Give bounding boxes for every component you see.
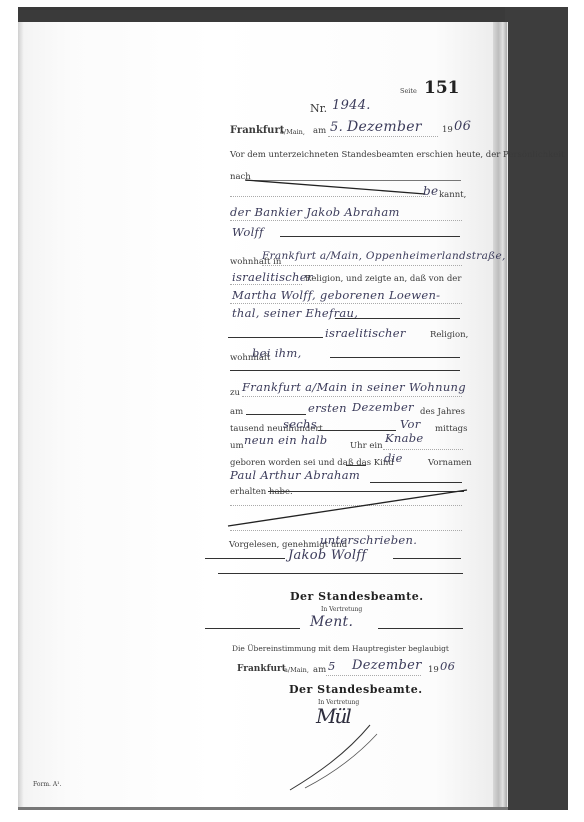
record-prefix: Nr.: [310, 102, 327, 115]
date-month: Dezember: [347, 119, 422, 135]
cert-day: 5: [328, 659, 336, 673]
birth-year-written: sechs: [283, 417, 317, 431]
date-day: 5.: [330, 120, 343, 135]
vornamen-written: die: [384, 451, 403, 465]
day-fill-line: [246, 414, 306, 415]
cert-place-suffix: a/Main,: [284, 666, 309, 674]
birth-time-written: neun ein halb: [244, 433, 327, 447]
sex-dotline: [383, 449, 463, 450]
zu-label: zu: [230, 388, 240, 398]
mother-religion-label: Religion,: [430, 330, 468, 340]
page-bottom-edge: [18, 807, 508, 810]
unterschrieben-written: unterschrieben.: [320, 533, 417, 547]
informant-fill-line: [280, 236, 460, 237]
mother-religion-fill-line: [228, 337, 323, 338]
date-dotline: [328, 136, 438, 137]
blank-dotline2: [230, 530, 462, 531]
cert-date-dotline: [326, 675, 421, 676]
form-code: Form. A¹.: [33, 781, 61, 788]
residence: Frankfurt a/Main, Oppenheimerlandstraße,: [262, 250, 506, 262]
scan-frame-top: [18, 7, 538, 23]
cert-month: Dezember: [352, 658, 422, 673]
cert-official-title: Der Standesbeamte.: [289, 683, 423, 696]
informant-dotline1: [230, 220, 462, 221]
bekannt-written: be: [423, 184, 438, 198]
religion-dotline: [230, 284, 302, 285]
place-suffix: a/Main,: [280, 128, 305, 136]
bekannt-dotline: [230, 196, 430, 197]
signature-right-line: [393, 558, 461, 559]
scan-frame-right: [505, 7, 568, 810]
cert-place: Frankfurt: [237, 664, 286, 674]
record-number: 1944.: [332, 98, 371, 113]
official-signature: Ment.: [310, 614, 353, 630]
page-number: 151: [424, 78, 460, 98]
um-label: um: [230, 441, 244, 451]
signature-flourish: [285, 720, 385, 795]
cert-year-written: 06: [440, 659, 455, 673]
religion-text: Religion, und zeigte an, daß von der: [305, 274, 461, 284]
am-label: am: [230, 407, 243, 417]
page-edge-stack: [493, 22, 507, 809]
official-title: Der Standesbeamte.: [290, 590, 424, 603]
signature-left-line: [205, 558, 285, 559]
mother-fill-line: [335, 318, 460, 319]
mother-line1: Martha Wolff, geborenen Loewen-: [232, 288, 440, 302]
time-period-written: Vor: [400, 417, 421, 431]
place: Frankfurt: [230, 125, 284, 136]
birth-month-written: Dezember: [352, 400, 414, 414]
child-names: Paul Arthur Abraham: [230, 468, 360, 482]
birth-place: Frankfurt a/Main in seiner Wohnung: [242, 380, 466, 394]
child-sex-written: Knabe: [385, 431, 424, 445]
certification-text: Die Übereinstimmung mit dem Hauptregiste…: [232, 644, 449, 653]
signature-separator-line: [218, 573, 463, 574]
wohnhaft2-written: bei ihm,: [252, 346, 302, 360]
birth-day-written: ersten: [308, 401, 347, 415]
official-left-line: [205, 628, 300, 629]
residence-dotline: [262, 265, 462, 266]
blank-fill-line: [230, 370, 460, 371]
page-binding-shadow: [18, 22, 24, 809]
informant-line1: der Bankier Jakob Abraham: [230, 205, 400, 219]
des-jahres-label: des Jahres: [420, 407, 465, 417]
strike-stroke: [240, 178, 430, 198]
cert-year-printed: 19: [428, 665, 439, 675]
page-label: Seite: [400, 87, 417, 95]
date-year-written: 06: [454, 119, 471, 134]
mother-religion-written: israelitischer: [325, 326, 406, 340]
date-year-printed: 19: [442, 125, 453, 135]
child-names-fill-line: [370, 482, 462, 483]
vornamen-fill-line: [346, 465, 366, 466]
intro-text: Vor dem unterzeichneten Standesbeamten e…: [230, 150, 564, 160]
birth-place-dotline: [242, 396, 462, 397]
mittags-label: mittags: [435, 424, 467, 434]
official-right-line: [378, 628, 463, 629]
geboren-label: geboren worden sei und daß das Kind: [230, 458, 394, 468]
date-prefix: am: [313, 126, 326, 136]
informant-signature: Jakob Wolff: [288, 548, 367, 563]
cert-date-prefix: am: [313, 665, 326, 675]
informant-line2: Wolff: [232, 225, 264, 239]
wohnhaft2-fill-line: [330, 357, 460, 358]
religion-written: israelitischer: [232, 270, 313, 284]
cancel-diagonal-stroke: [225, 486, 470, 530]
mother-dotline1: [230, 303, 462, 304]
vertretung-label: In Vertretung: [321, 606, 362, 613]
bekannt-label: kannt,: [439, 190, 466, 200]
vornamen-label: Vornamen: [428, 458, 472, 468]
uhr-ein-label: Uhr ein: [350, 441, 383, 451]
